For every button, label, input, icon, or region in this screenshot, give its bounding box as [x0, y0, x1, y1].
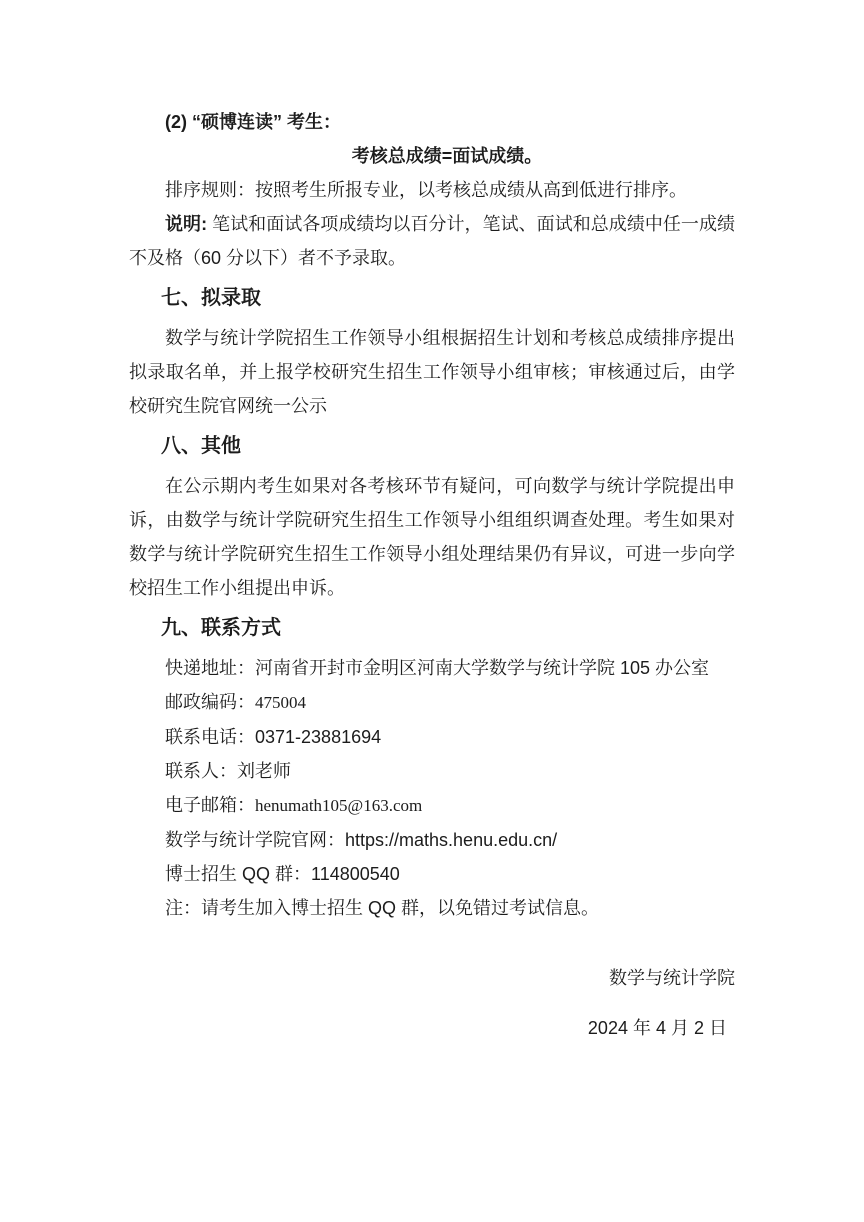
- signature-date: 2024 年 4 月 2 日: [129, 1011, 735, 1045]
- note-paragraph: 说明: 笔试和面试各项成绩均以百分计，笔试、面试和总成绩中任一成绩不及格（60 …: [129, 207, 735, 275]
- intro-item-line: (2) “硕博连读” 考生：: [129, 105, 735, 139]
- section-8-heading: 八、其他: [129, 428, 735, 464]
- section-7-paragraph: 数学与统计学院招生工作领导小组根据招生计划和考核总成绩排序提出拟录取名单，并上报…: [129, 321, 735, 423]
- signature-org: 数学与统计学院: [129, 961, 735, 995]
- contact-row-qq-group: 博士招生 QQ 群：114800540: [129, 857, 735, 891]
- contact-row-postcode: 邮政编码：475004: [129, 685, 735, 720]
- contact-row-person: 联系人：刘老师: [129, 754, 735, 788]
- section-8-paragraph: 在公示期内考生如果对各考核环节有疑问，可向数学与统计学院提出申诉，由数学与统计学…: [129, 469, 735, 605]
- signature-block: 数学与统计学院 2024 年 4 月 2 日: [129, 961, 735, 1045]
- section-9-heading: 九、联系方式: [129, 610, 735, 646]
- contact-label: 电子邮箱：: [165, 795, 255, 815]
- contact-label: 联系电话：: [165, 727, 255, 747]
- contact-value: 0371-23881694: [255, 727, 381, 747]
- sorting-rule-paragraph: 排序规则：按照考生所报专业，以考核总成绩从高到低进行排序。: [129, 173, 735, 207]
- contact-value: https://maths.henu.edu.cn/: [345, 830, 557, 850]
- contact-label: 邮政编码：: [165, 692, 255, 712]
- contact-value: 河南省开封市金明区河南大学数学与统计学院 105 办公室: [255, 658, 709, 678]
- contact-label: 联系人：: [165, 761, 237, 781]
- contact-row-website: 数学与统计学院官网：https://maths.henu.edu.cn/: [129, 823, 735, 857]
- contact-label: 快递地址：: [165, 658, 255, 678]
- section-7-heading: 七、拟录取: [129, 280, 735, 316]
- contact-label: 博士招生 QQ 群：: [165, 864, 311, 884]
- contact-value: henumath105@163.com: [255, 796, 422, 815]
- contact-value: 请考生加入博士招生 QQ 群，以免错过考试信息。: [201, 898, 599, 918]
- contact-row-email: 电子邮箱：henumath105@163.com: [129, 788, 735, 823]
- contact-row-phone: 联系电话：0371-23881694: [129, 720, 735, 754]
- contact-value: 114800540: [311, 864, 400, 884]
- contact-value: 475004: [255, 693, 306, 712]
- score-formula: 考核总成绩=面试成绩。: [129, 139, 735, 173]
- contact-value: 刘老师: [237, 761, 291, 781]
- contact-row-address: 快递地址：河南省开封市金明区河南大学数学与统计学院 105 办公室: [129, 651, 735, 685]
- document-page: (2) “硕博连读” 考生： 考核总成绩=面试成绩。 排序规则：按照考生所报专业…: [0, 0, 864, 1222]
- contact-label: 数学与统计学院官网：: [165, 830, 345, 850]
- note-label: 说明:: [165, 214, 207, 234]
- note-body: 笔试和面试各项成绩均以百分计，笔试、面试和总成绩中任一成绩不及格（60 分以下）…: [129, 214, 735, 268]
- contact-label: 注：: [165, 898, 201, 918]
- contact-row-note: 注：请考生加入博士招生 QQ 群，以免错过考试信息。: [129, 891, 735, 925]
